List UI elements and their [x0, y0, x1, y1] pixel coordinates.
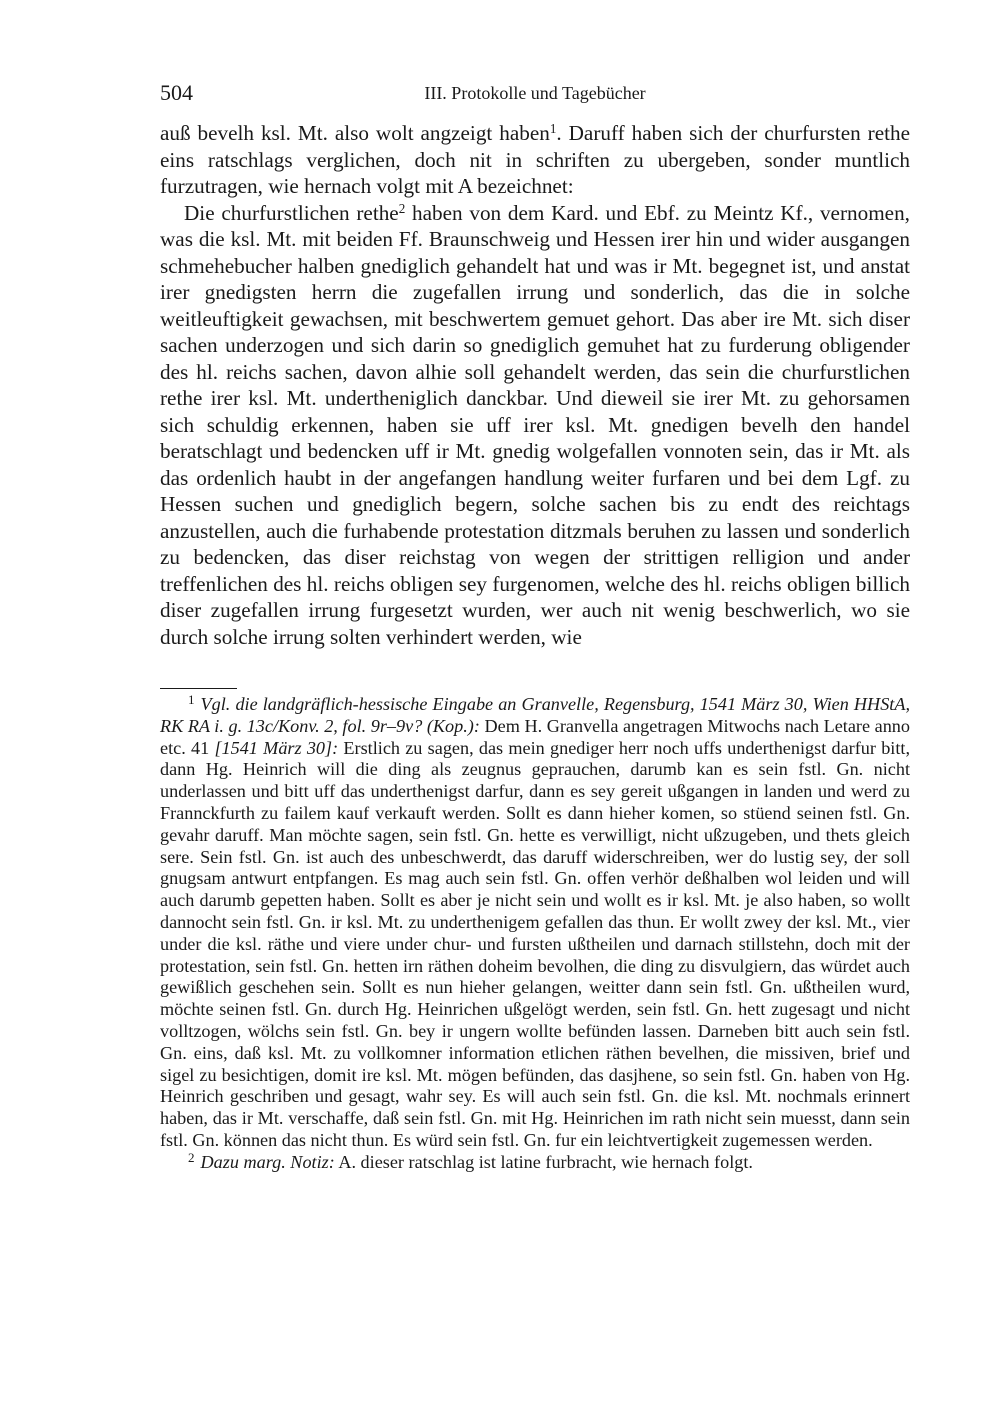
footnote-divider [160, 688, 237, 689]
footnote-italic-lead: Dazu marg. Notiz: [201, 1152, 335, 1172]
footnote-number: 2 [188, 1150, 195, 1165]
footnote-number: 1 [188, 692, 195, 707]
paragraph-2: Die churfurstlichen rethe2 haben von dem… [160, 200, 910, 651]
running-head: III. Protokolle und Tagebücher [160, 83, 910, 104]
footnotes: 1Vgl. die landgräflich-hessische Eingabe… [160, 694, 910, 1174]
paragraph-text: haben von dem Kard. und Ebf. zu Meintz K… [160, 201, 910, 649]
footnote-text: Erstlich zu sagen, das mein gnediger her… [160, 738, 910, 1150]
paragraph-1: auß bevelh ksl. Mt. also wolt angzeigt h… [160, 120, 910, 200]
footnote-1: 1Vgl. die landgräflich-hessische Eingabe… [160, 694, 910, 1152]
main-text: auß bevelh ksl. Mt. also wolt angzeigt h… [160, 120, 910, 650]
paragraph-text: Die churfurstlichen rethe [184, 201, 399, 225]
paragraph-text: auß bevelh ksl. Mt. also wolt angzeigt h… [160, 121, 550, 145]
footnote-2: 2Dazu marg. Notiz: A. dieser ratschlag i… [160, 1152, 910, 1174]
footnote-text: A. dieser ratschlag ist latine furbracht… [335, 1152, 753, 1172]
footnote-italic-date: [1541 März 30]: [214, 738, 338, 758]
page-header: 504 III. Protokolle und Tagebücher [160, 80, 910, 106]
